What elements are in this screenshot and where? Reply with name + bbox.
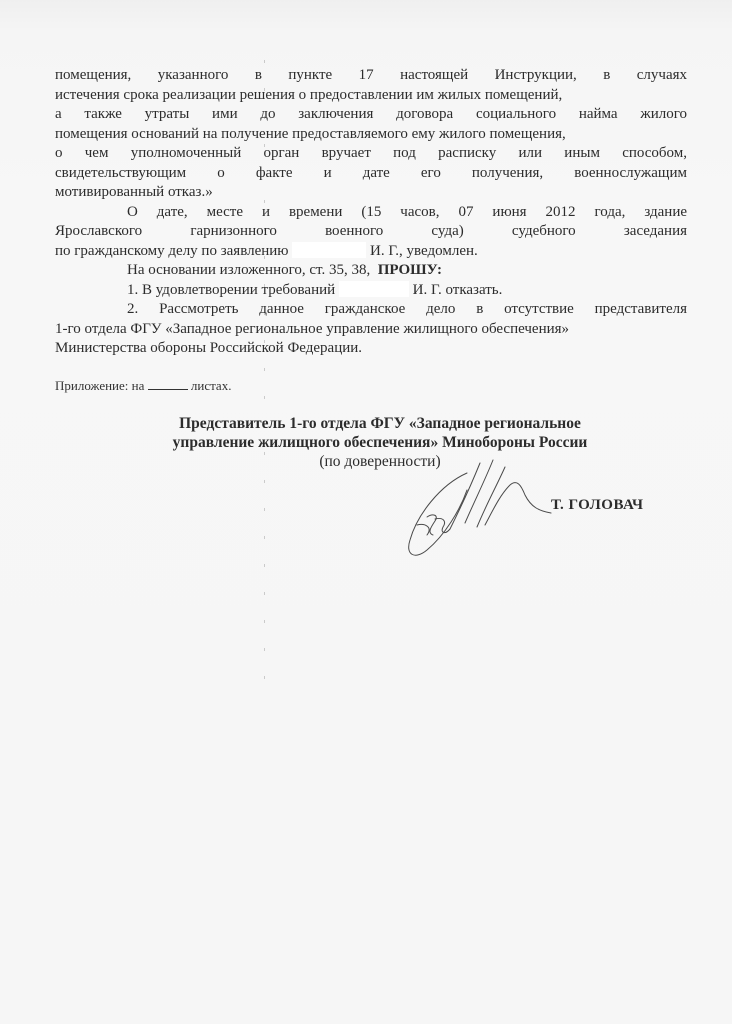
- request-item-1-suffix: И. Г. отказать.: [413, 282, 503, 298]
- request-item-1-prefix: 1. В удовлетворении требований: [127, 282, 335, 298]
- paragraph-1-line-1: помещения, указанного в пункте 17 настоя…: [55, 66, 687, 86]
- paragraph-2-line-2: Ярославского гарнизонного военного суда)…: [55, 222, 687, 242]
- request-item-1: 1. В удовлетворении требований И. Г. отк…: [55, 281, 687, 301]
- request-item-2-line-2: 1-го отдела ФГУ «Западное региональное у…: [55, 320, 687, 340]
- paragraph-1-line-2: истечения срока реализации решения о пре…: [55, 86, 687, 106]
- paragraph-2-line-3-suffix: И. Г., уведомлен.: [370, 243, 478, 259]
- appendix-page-count-blank: [148, 378, 188, 390]
- paragraph-1-line-6: свидетельствующим о факте и дате его пол…: [55, 164, 687, 184]
- signer-title-line-2: управление жилищного обеспечения» Минобо…: [120, 433, 640, 452]
- appendix-prefix: Приложение: на: [55, 378, 144, 393]
- document-body: помещения, указанного в пункте 17 настоя…: [55, 66, 687, 359]
- request-item-2-line-1: 2. Рассмотреть данное гражданское дело в…: [55, 300, 687, 320]
- request-item-2-line-3: Министерства обороны Российской Федераци…: [55, 339, 687, 359]
- paragraph-1-line-7: мотивированный отказ.»: [55, 183, 687, 203]
- redacted-name: [339, 281, 409, 297]
- signer-title-line-1: Представитель 1-го отдела ФГУ «Западное …: [120, 414, 640, 433]
- paragraph-2-line-3-prefix: по гражданскому делу по заявлению: [55, 243, 288, 259]
- document-page: помещения, указанного в пункте 17 настоя…: [0, 0, 732, 1024]
- redacted-name: [292, 242, 366, 258]
- appendix-note: Приложение: на листах.: [55, 378, 231, 394]
- paragraph-2-line-3: по гражданскому делу по заявлению И. Г.,…: [55, 242, 687, 262]
- request-emphasis: ПРОШУ:: [378, 262, 442, 278]
- paragraph-1-line-5: о чем уполномоченный орган вручает под р…: [55, 144, 687, 164]
- paragraph-1-line-3: а также утраты ими до заключения договор…: [55, 105, 687, 125]
- signatory-name: Т. ГОЛОВАЧ: [551, 497, 644, 514]
- handwritten-signature-icon: [405, 455, 565, 565]
- request-basis: На основании изложенного, ст. 35, 38, ПР…: [55, 261, 687, 281]
- paragraph-1-line-4: помещения оснований на получение предост…: [55, 125, 687, 145]
- request-basis-text: На основании изложенного, ст. 35, 38,: [127, 262, 370, 278]
- appendix-suffix: листах.: [191, 378, 232, 393]
- paragraph-2-line-1: О дате, месте и времени (15 часов, 07 ию…: [55, 203, 687, 223]
